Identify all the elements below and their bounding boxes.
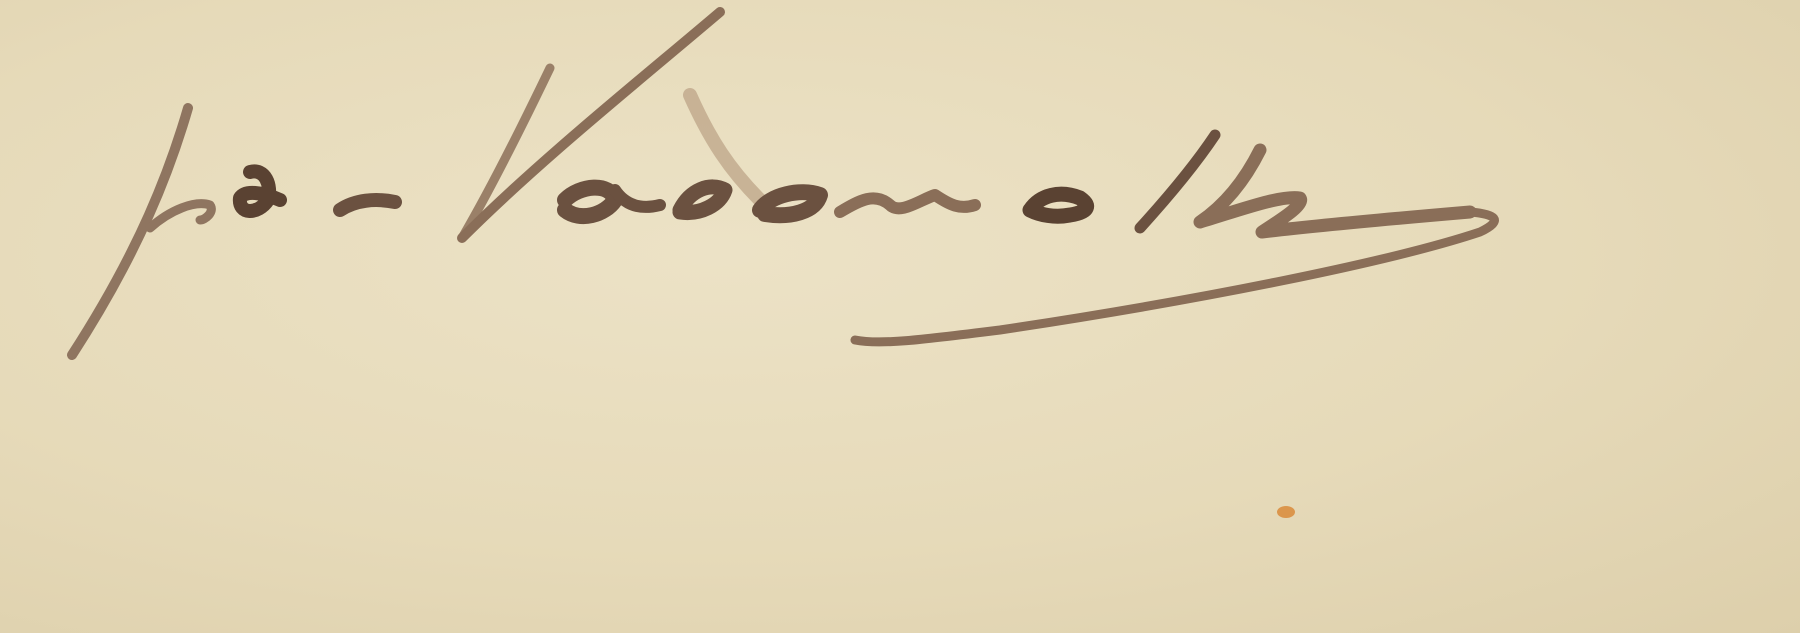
stroke-underline xyxy=(855,212,1494,342)
stroke-s xyxy=(615,190,660,207)
stroke-o2 xyxy=(760,192,820,215)
stroke-c2 xyxy=(1030,194,1087,216)
stroke-n xyxy=(840,195,975,212)
stroke-c xyxy=(680,187,725,213)
stroke-v-left xyxy=(462,68,550,238)
stroke-e xyxy=(240,171,280,211)
stroke-g-hook xyxy=(150,204,211,228)
stroke-o xyxy=(340,200,395,210)
stroke-g xyxy=(72,108,188,355)
signature-drawing xyxy=(0,0,1800,633)
paper-spot xyxy=(1277,506,1295,518)
stroke-h xyxy=(1200,150,1470,232)
stroke-a xyxy=(565,188,615,216)
paper-background: Geo Vasconcelhy xyxy=(0,0,1800,633)
